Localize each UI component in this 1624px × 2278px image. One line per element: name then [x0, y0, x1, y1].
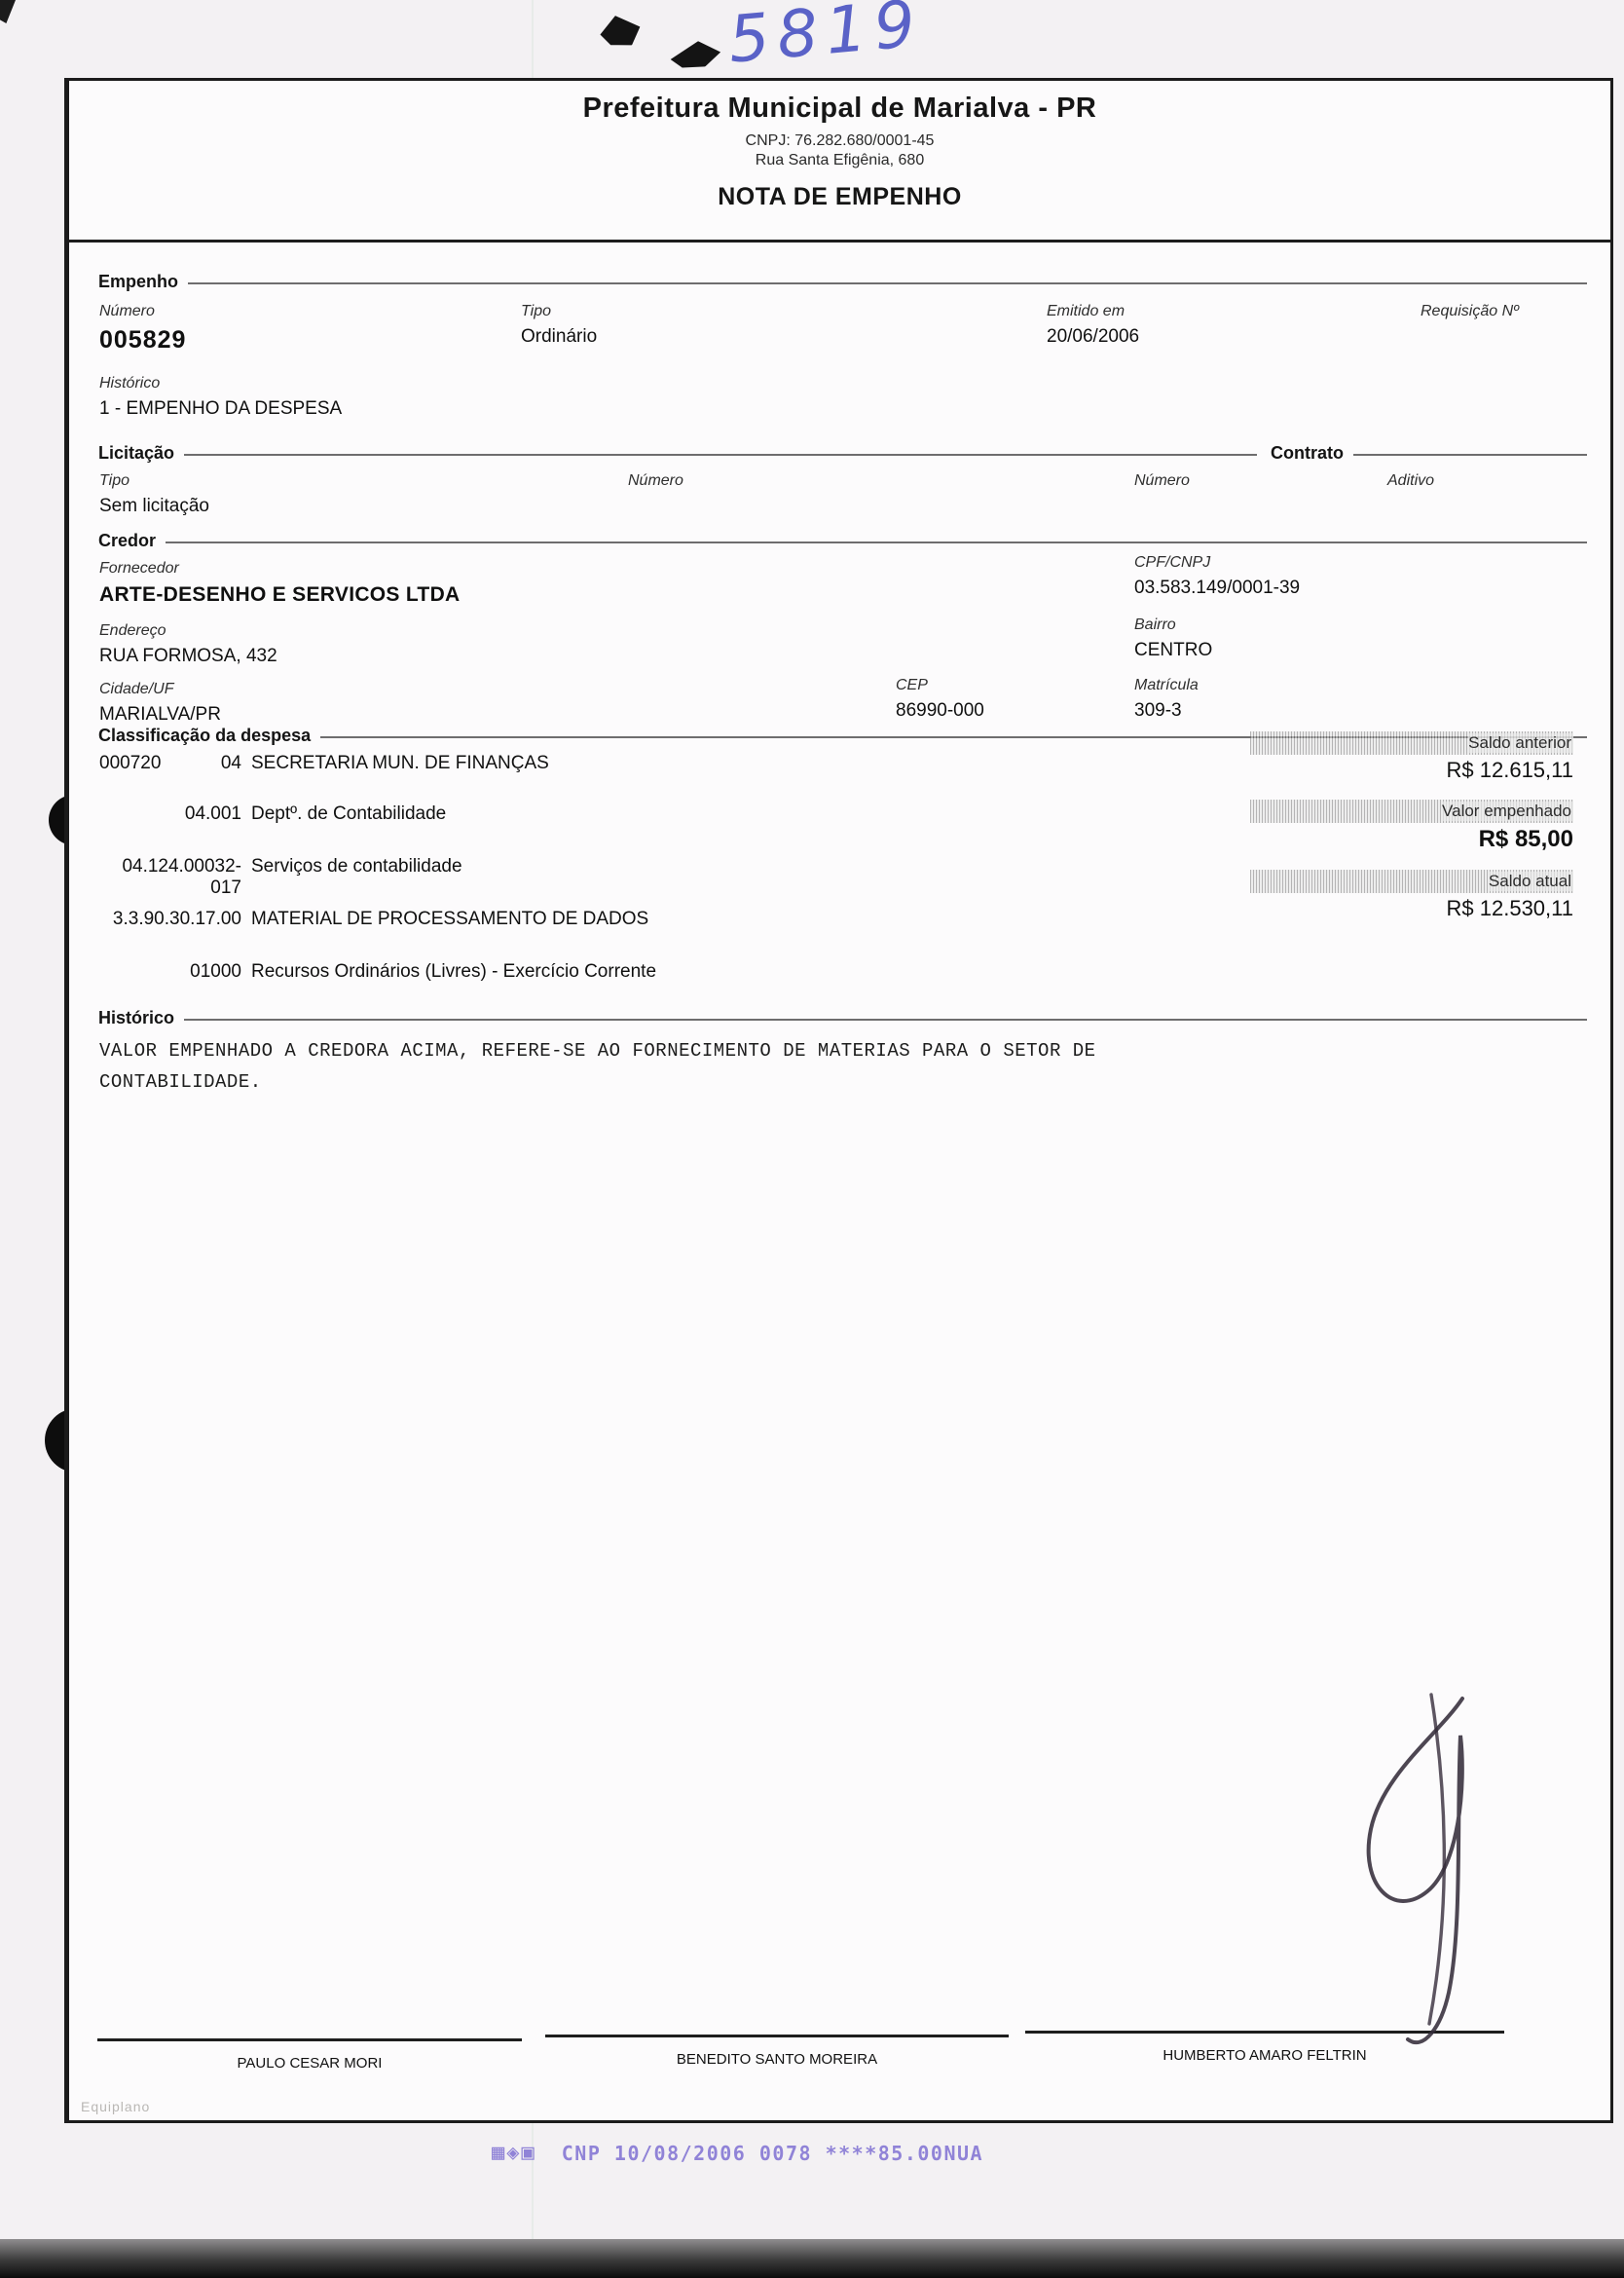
field-licitacao-numero: Número	[628, 472, 683, 496]
field-requisicao-label: Requisição Nº	[1421, 303, 1519, 320]
document-title: NOTA DE EMPENHO	[69, 183, 1610, 211]
section-historico-label: Histórico	[98, 1008, 174, 1028]
document-header: Prefeitura Municipal de Marialva - PR CN…	[69, 81, 1610, 211]
section-rule	[184, 454, 1257, 456]
field-endereco-label: Endereço	[99, 622, 277, 640]
amount-value: R$ 12.530,11	[1250, 896, 1573, 921]
classification-code: 04.124.00032-017	[99, 856, 241, 899]
field-licitacao-tipo-label: Tipo	[99, 472, 209, 490]
field-bairro: Bairro CENTRO	[1134, 616, 1212, 661]
signature-block-1: PAULO CESAR MORI	[97, 2038, 522, 2072]
classification-text: Serviços de contabilidade	[251, 856, 462, 878]
classification-text: SECRETARIA MUN. DE FINANÇAS	[251, 753, 549, 774]
ink-smudge	[592, 10, 645, 56]
classification-text: MATERIAL DE PROCESSAMENTO DE DADOS	[251, 909, 648, 930]
scan-edge-shadow	[0, 2239, 1624, 2278]
field-emitido-value: 20/06/2006	[1047, 326, 1139, 348]
scan-corner-mark	[0, 0, 16, 23]
field-tipo-label: Tipo	[521, 303, 597, 320]
field-cep-value: 86990-000	[896, 700, 984, 722]
field-bairro-value: CENTRO	[1134, 640, 1212, 661]
amount-label: Valor empenhado	[1442, 802, 1573, 821]
field-contrato-aditivo: Aditivo	[1387, 472, 1434, 496]
classification-text: Recursos Ordinários (Livres) - Exercício…	[251, 961, 656, 983]
section-licitacao-contrato: Licitação Contrato	[98, 443, 1587, 464]
scanned-page: 5819 Prefeitura Municipal de Marialva - …	[0, 0, 1624, 2278]
field-bairro-label: Bairro	[1134, 616, 1212, 634]
field-fornecedor-value: ARTE-DESENHO E SERVICOS LTDA	[99, 583, 461, 607]
stamp-logo-icon: ▦◈▣	[492, 2141, 536, 2165]
section-contrato-label: Contrato	[1271, 443, 1344, 464]
field-contrato-aditivo-label: Aditivo	[1387, 472, 1434, 490]
amount-saldo-anterior: Saldo anterior R$ 12.615,11	[1250, 731, 1573, 783]
field-licitacao-tipo-value: Sem licitação	[99, 496, 209, 517]
handwritten-number: 5819	[725, 0, 926, 78]
ink-smudge	[668, 35, 722, 73]
field-emitido-label: Emitido em	[1047, 303, 1139, 320]
field-licitacao-numero-label: Número	[628, 472, 683, 490]
handwritten-signature	[1314, 1693, 1509, 2063]
header-divider	[69, 240, 1610, 243]
field-tipo-value: Ordinário	[521, 326, 597, 348]
field-cpf-cnpj-value: 03.583.149/0001-39	[1134, 578, 1300, 599]
field-cep: CEP 86990-000	[896, 677, 984, 722]
field-endereco: Endereço RUA FORMOSA, 432	[99, 622, 277, 667]
amount-value: R$ 12.615,11	[1250, 758, 1573, 783]
field-tipo: Tipo Ordinário	[521, 303, 597, 348]
stamp-text: CNP 10/08/2006 0078 ****85.00NUA	[562, 2142, 983, 2165]
field-cidade-uf-label: Cidade/UF	[99, 681, 221, 698]
section-rule	[1353, 454, 1587, 456]
field-fornecedor-label: Fornecedor	[99, 560, 461, 578]
dot-matrix-stamp: ▦◈▣ CNP 10/08/2006 0078 ****85.00NUA	[492, 2141, 983, 2165]
amount-label-bar: Saldo atual	[1250, 870, 1573, 893]
section-credor: Credor	[98, 531, 1587, 551]
field-requisicao: Requisição Nº	[1421, 303, 1519, 326]
section-classificacao-label: Classificação da despesa	[98, 726, 311, 746]
field-numero-label: Número	[99, 303, 186, 320]
classification-code: 01000	[99, 961, 241, 983]
signature-name: PAULO CESAR MORI	[238, 2055, 383, 2072]
amount-value: R$ 85,00	[1250, 826, 1573, 853]
field-matricula-label: Matrícula	[1134, 677, 1199, 694]
field-historico-label: Histórico	[99, 375, 342, 392]
amount-label: Saldo anterior	[1468, 733, 1573, 753]
field-cep-label: CEP	[896, 677, 984, 694]
org-cnpj: CNPJ: 76.282.680/0001-45	[69, 132, 1610, 150]
software-vendor-watermark: Equiplano	[81, 2099, 150, 2114]
classification-code: 04	[99, 753, 241, 774]
classification-code: 3.3.90.30.17.00	[99, 909, 241, 930]
field-cidade-uf: Cidade/UF MARIALVA/PR	[99, 681, 221, 726]
historico-line: VALOR EMPENHADO A CREDORA ACIMA, REFERE-…	[99, 1035, 1511, 1066]
classification-code: 04.001	[99, 803, 241, 825]
section-rule	[184, 1019, 1587, 1021]
signature-block-2: BENEDITO SANTO MOREIRA	[545, 2035, 1009, 2068]
field-contrato-numero: Número	[1134, 472, 1190, 496]
amount-saldo-atual: Saldo atual R$ 12.530,11	[1250, 870, 1573, 921]
amount-valor-empenhado: Valor empenhado R$ 85,00	[1250, 800, 1573, 853]
historico-line: CONTABILIDADE.	[99, 1066, 1511, 1098]
amount-label-bar: Saldo anterior	[1250, 731, 1573, 755]
field-fornecedor: Fornecedor ARTE-DESENHO E SERVICOS LTDA	[99, 560, 461, 607]
field-matricula-value: 309-3	[1134, 700, 1199, 722]
section-empenho: Empenho	[98, 272, 1587, 292]
field-endereco-value: RUA FORMOSA, 432	[99, 646, 277, 667]
field-historico-empenho: Histórico 1 - EMPENHO DA DESPESA	[99, 375, 342, 420]
org-title: Prefeitura Municipal de Marialva - PR	[69, 93, 1610, 125]
field-historico-value: 1 - EMPENHO DA DESPESA	[99, 398, 342, 420]
section-licitacao-label: Licitação	[98, 443, 174, 464]
field-contrato-numero-label: Número	[1134, 472, 1190, 490]
section-empenho-label: Empenho	[98, 272, 178, 292]
field-emitido: Emitido em 20/06/2006	[1047, 303, 1139, 348]
classification-text: Deptº. de Contabilidade	[251, 803, 446, 825]
field-cidade-uf-value: MARIALVA/PR	[99, 704, 221, 726]
org-address: Rua Santa Efigênia, 680	[69, 152, 1610, 169]
amount-label-bar: Valor empenhado	[1250, 800, 1573, 823]
historico-body: VALOR EMPENHADO A CREDORA ACIMA, REFERE-…	[99, 1035, 1511, 1098]
section-credor-label: Credor	[98, 531, 156, 551]
field-cpf-cnpj-label: CPF/CNPJ	[1134, 554, 1300, 572]
field-numero-value: 005829	[99, 326, 186, 355]
field-numero: Número 005829	[99, 303, 186, 355]
amount-label: Saldo atual	[1489, 872, 1573, 891]
section-rule	[188, 282, 1587, 284]
field-licitacao-tipo: Tipo Sem licitação	[99, 472, 209, 517]
section-rule	[166, 541, 1587, 543]
signature-name: BENEDITO SANTO MOREIRA	[677, 2051, 877, 2068]
field-cpf-cnpj: CPF/CNPJ 03.583.149/0001-39	[1134, 554, 1300, 599]
field-matricula: Matrícula 309-3	[1134, 677, 1199, 722]
section-historico: Histórico	[98, 1008, 1587, 1028]
